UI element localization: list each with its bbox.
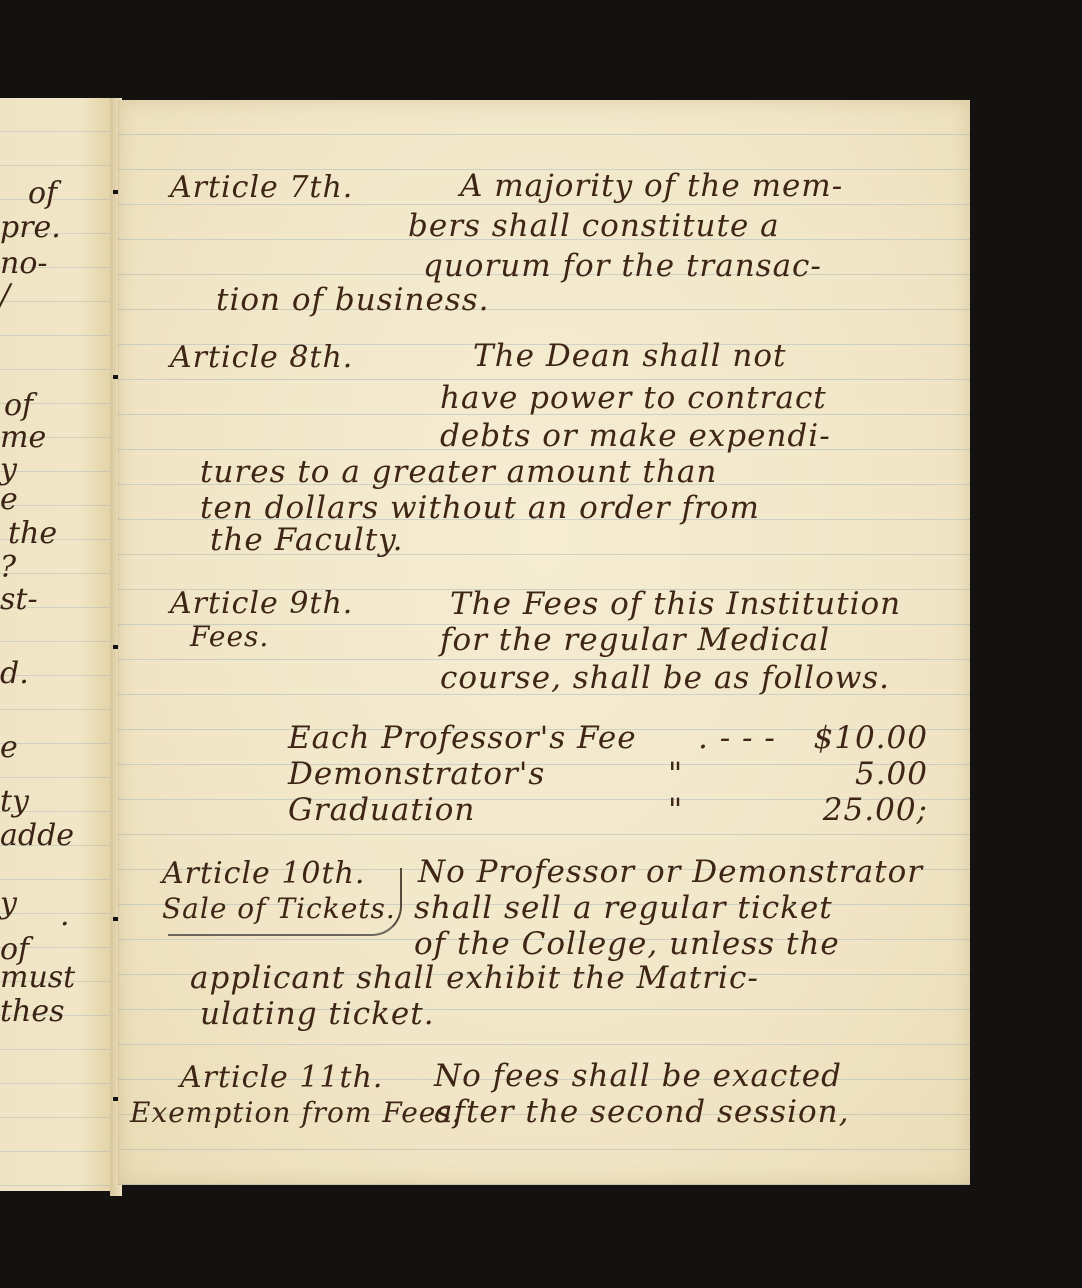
article-8-line: ten dollars without an order from (200, 490, 760, 526)
left-fragment: thes (0, 994, 65, 1029)
left-fragment: no- (0, 246, 48, 281)
article-9-heading: Article 9th. (170, 586, 353, 621)
article-9-line: The Fees of this Institution (450, 586, 901, 622)
left-fragment: must (0, 960, 75, 995)
left-fragment: adde (0, 818, 74, 853)
left-fragment: ty (0, 784, 29, 819)
fee-amount: 25.00; (823, 792, 928, 828)
left-fragment: d. (0, 656, 29, 691)
left-fragment: ? (0, 550, 16, 585)
fee-leader: . - - - (698, 720, 776, 756)
article-8-line: tures to a greater amount than (200, 454, 717, 490)
fee-amount: $10.00 (814, 720, 928, 756)
article-8-line: the Faculty. (210, 522, 403, 558)
subheading-bracket (168, 868, 402, 936)
article-8-line: debts or make expendi- (440, 418, 831, 454)
article-9-line: for the regular Medical (440, 622, 830, 658)
fee-item: Graduation (288, 792, 475, 828)
right-page: Article 7th. A majority of the mem- bers… (118, 100, 970, 1185)
left-fragment: e (0, 482, 18, 517)
fee-ditto: " (668, 756, 683, 792)
article-9-line: course, shall be as follows. (440, 660, 890, 696)
left-fragment: . (60, 898, 70, 933)
fee-row: Demonstrator's " 5.00 (288, 756, 948, 792)
article-10-line: ulating ticket. (200, 996, 435, 1032)
left-fragment: y (0, 886, 17, 921)
article-11-line: No fees shall be exacted (434, 1058, 842, 1094)
article-7-line: A majority of the mem- (460, 168, 843, 204)
left-fragment: st- (0, 582, 38, 617)
page-margin (118, 100, 119, 1185)
left-fragment: pre. (0, 210, 61, 245)
left-fragment: me (0, 420, 46, 455)
article-8-line: The Dean shall not (473, 338, 786, 374)
article-9-subheading: Fees. (190, 620, 269, 653)
article-10-line: shall sell a regular ticket (414, 890, 833, 926)
article-10-line: applicant shall exhibit the Matric- (190, 960, 759, 996)
article-8-heading: Article 8th. (170, 340, 353, 375)
fee-ditto: " (668, 792, 683, 828)
left-page-fragment: of pre. no- / of me y e the ? st- d. e t… (0, 98, 112, 1191)
article-7-line: quorum for the transac- (423, 248, 822, 284)
article-7-heading: Article 7th. (170, 170, 353, 205)
fee-item: Each Professor's Fee (288, 720, 637, 756)
fee-row: Graduation " 25.00; (288, 792, 948, 828)
article-11-heading: Article 11th. (180, 1060, 383, 1095)
fee-row: Each Professor's Fee . - - - $10.00 (288, 720, 948, 756)
article-11-line: after the second session, (434, 1094, 849, 1130)
manuscript-scan: of pre. no- / of me y e the ? st- d. e t… (0, 0, 1082, 1288)
fee-item: Demonstrator's (288, 756, 545, 792)
article-8-line: have power to contract (440, 380, 827, 416)
article-10-line: of the College, unless the (414, 926, 840, 962)
left-fragment: of (4, 388, 33, 423)
article-11-subheading: Exemption from Fees. (130, 1096, 462, 1129)
left-fragment: e (0, 730, 18, 765)
left-fragment: / (0, 278, 10, 313)
fee-amount: 5.00 (855, 756, 928, 792)
article-7-line: bers shall constitute a (408, 208, 780, 244)
left-fragment: of (28, 176, 57, 211)
left-fragment: the (8, 516, 57, 551)
article-7-line: tion of business. (216, 282, 489, 318)
article-10-line: No Professor or Demonstrator (418, 854, 923, 890)
